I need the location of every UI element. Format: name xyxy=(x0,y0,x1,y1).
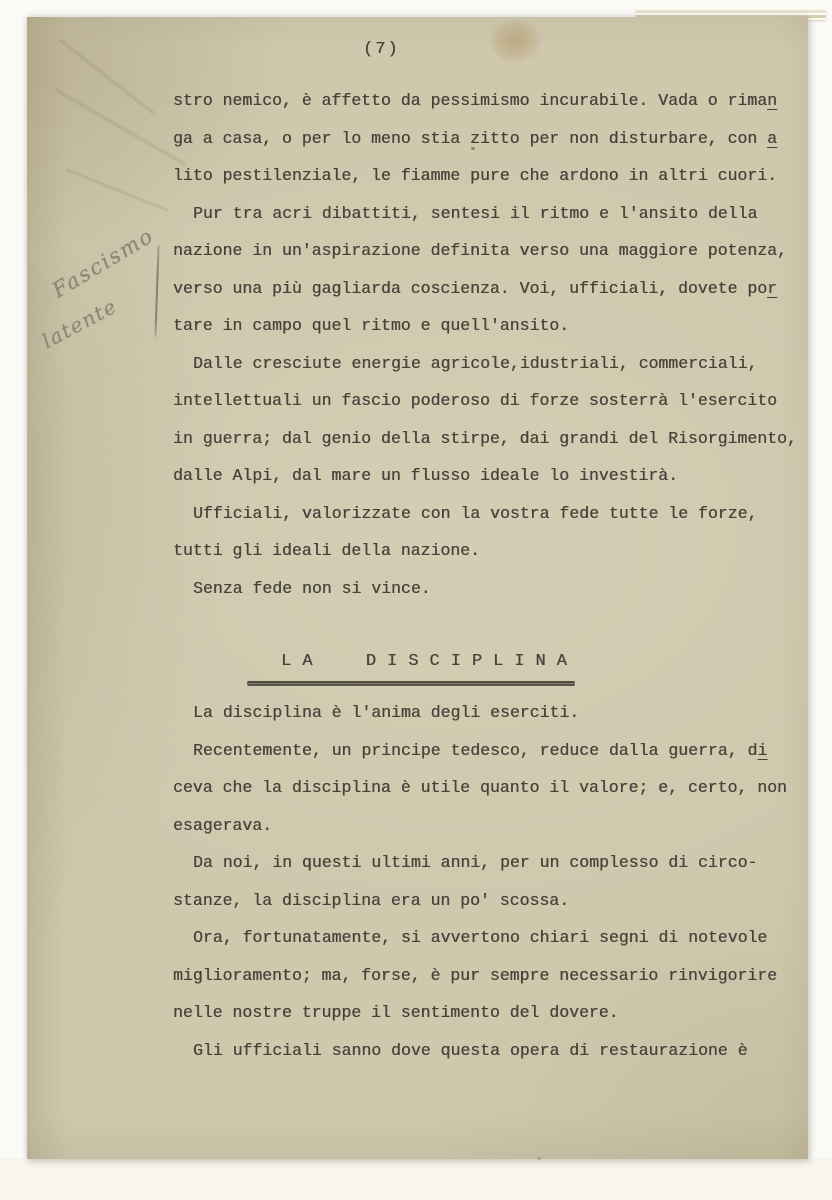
paper-speck xyxy=(537,1157,541,1160)
typed-line: ga a casa, o per lo meno stia zitto per … xyxy=(173,120,813,158)
typed-line: Recentemente, un principe tedesco, reduc… xyxy=(173,732,813,770)
typed-line: stro nemico, è affetto da pessimismo inc… xyxy=(173,82,813,120)
page-number: (7) xyxy=(363,40,400,59)
typed-line: Ora, fortunatamente, si avvertono chiari… xyxy=(173,919,813,957)
typed-line: dalle Alpi, dal mare un flusso ideale lo… xyxy=(173,457,813,495)
paper-stain xyxy=(489,19,541,63)
typed-text-block-after-heading: La disciplina è l'anima degli eserciti.R… xyxy=(173,694,813,1069)
typed-line: Ufficiali, valorizzate con la vostra fed… xyxy=(173,495,813,533)
scanned-document: (7) stro nemico, è affetto da pessimismo… xyxy=(0,0,832,1200)
typed-line: Dalle cresciute energie agricole,idustri… xyxy=(173,345,813,383)
scanner-bed xyxy=(0,1158,832,1200)
paper-crease xyxy=(57,37,155,116)
heading-underline xyxy=(247,681,575,686)
typed-line: Da noi, in questi ultimi anni, per un co… xyxy=(173,844,813,882)
typed-line: tutti gli ideali della nazione. xyxy=(173,532,813,570)
typed-line: ceva che la disciplina è utile quanto il… xyxy=(173,769,813,807)
paper-crease xyxy=(54,87,187,167)
typed-line: Pur tra acri dibattiti, sentesi il ritmo… xyxy=(173,195,813,233)
typed-line: intellettuali un fascio poderoso di forz… xyxy=(173,382,813,420)
typed-line: La disciplina è l'anima degli eserciti. xyxy=(173,694,813,732)
section-heading: LA DISCIPLINA xyxy=(281,652,578,671)
paper-crease xyxy=(65,167,169,213)
typed-line: miglioramento; ma, forse, è pur sempre n… xyxy=(173,957,813,995)
typed-line: nazione in un'aspirazione definita verso… xyxy=(173,232,813,270)
typed-line: Gli ufficiali sanno dove questa opera di… xyxy=(173,1032,813,1070)
typed-text-block-before-heading: stro nemico, è affetto da pessimismo inc… xyxy=(173,82,813,607)
typed-line: esagerava. xyxy=(173,807,813,845)
typed-line: lito pestilenziale, le fiamme pure che a… xyxy=(173,157,813,195)
typed-line: nelle nostre truppe il sentimento del do… xyxy=(173,994,813,1032)
typed-line: tare in campo quel ritmo e quell'ansito. xyxy=(173,307,813,345)
typed-line: stanze, la disciplina era un po' scossa. xyxy=(173,882,813,920)
typed-line: verso una più gagliarda coscienza. Voi, … xyxy=(173,270,813,308)
typed-line: Senza fede non si vince. xyxy=(173,570,813,608)
typed-line: in guerra; dal genio della stirpe, dai g… xyxy=(173,420,813,458)
